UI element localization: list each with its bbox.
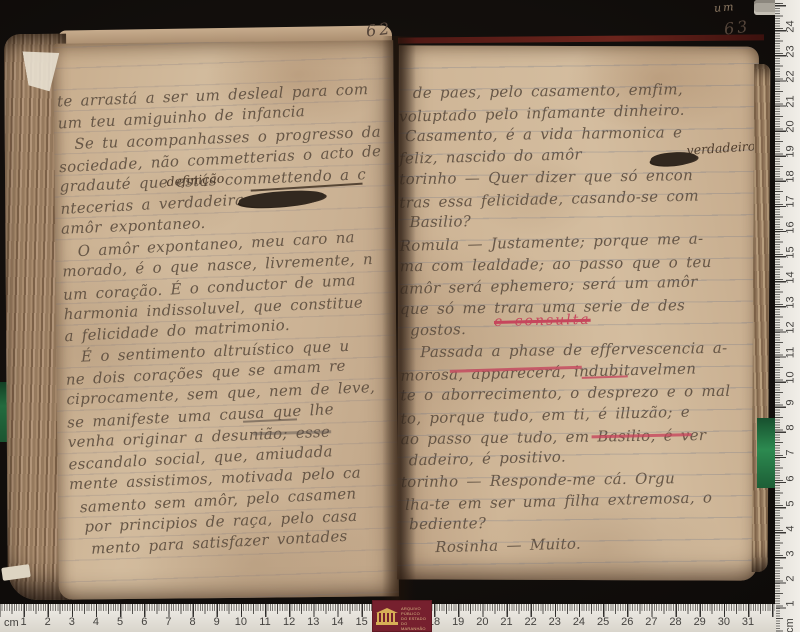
ruler-number: 29	[694, 617, 706, 628]
ruler-number: 8	[786, 420, 797, 436]
manuscript-line: Basilio?	[409, 214, 471, 230]
manuscript-line: lha-te em ser uma filha extremosa, o	[405, 491, 713, 514]
ruler-number: 12	[786, 319, 797, 335]
ruler-number: 2	[786, 570, 797, 586]
manuscript-line: voluptado pelo infamante dinheiro.	[399, 102, 685, 124]
ruler-number: 14	[786, 269, 797, 285]
ruler-number: 16	[786, 219, 797, 235]
ruler-number: 6	[141, 617, 147, 628]
ruler-number: 22	[786, 68, 797, 84]
manuscript-line: tras essa felicidade, casando-se com	[399, 188, 699, 210]
ruler-number: 22	[525, 617, 537, 628]
ruler-number: 9	[214, 617, 220, 628]
ruler-number: 7	[165, 617, 171, 628]
edge-handwriting: um	[714, 1, 736, 14]
ruler-number: 21	[786, 94, 797, 110]
vertical-ruler: cm 1234567891011121314151617181920212223…	[775, 0, 800, 632]
building-icon	[376, 608, 398, 625]
ruler-number: 26	[621, 617, 633, 628]
page-number-right: 63	[723, 18, 751, 37]
ruler-number: 17	[786, 194, 797, 210]
manuscript-line: Rosinha — Muito.	[435, 536, 581, 555]
ruler-number: 31	[742, 617, 754, 628]
manuscript-line: amôr será ephemero; será um amôr	[400, 275, 698, 297]
vertical-ruler-numbers: 123456789101112131415161718192021222324	[775, 0, 800, 632]
ruler-number: 25	[597, 617, 609, 628]
manuscript-line: torinho — Responde-me cá. Orgu	[401, 471, 675, 490]
archive-logo-plaque: ARQUIVOPÚBLICODO ESTADODO MARANHÃO	[372, 600, 432, 632]
ruler-number: 4	[786, 520, 797, 536]
ruler-number: 12	[283, 617, 295, 628]
manuscript-line: Casamento, é a vida harmonica e	[405, 125, 682, 144]
ruler-number: 13	[786, 294, 797, 310]
manuscript-line: bediente?	[409, 516, 486, 532]
manuscript-line: Passada a phase de effervescencia a-	[404, 341, 727, 361]
manuscript-line: to, porque tudo, em ti, é illuzão; e	[400, 405, 690, 427]
ruler-number: 24	[573, 617, 585, 628]
ruler-number: 13	[307, 617, 319, 628]
manuscript-line: te arrastá a ser um desleal para com	[57, 82, 369, 109]
ruler-number: 5	[786, 495, 797, 511]
ruler-number: 1	[786, 596, 797, 612]
ruler-number: 23	[786, 43, 797, 59]
ruler-number: 27	[645, 617, 657, 628]
manuscript-line: amôr expontaneo.	[61, 216, 206, 237]
ruler-number: 15	[786, 244, 797, 260]
ruler-number: 10	[786, 370, 797, 386]
ruler-number: 6	[786, 470, 797, 486]
ruler-number: 30	[718, 617, 730, 628]
ruler-number: 21	[500, 617, 512, 628]
ruler-number: 10	[235, 617, 247, 628]
manuscript-line: dadeiro, é positivo.	[409, 450, 566, 469]
ruler-number: 19	[786, 144, 797, 160]
manuscript-line: te o aborrecimento, o desprezo e o mal	[400, 384, 730, 404]
ruler-number: 3	[786, 545, 797, 561]
ruler-number: 14	[331, 617, 343, 628]
page-number-left: 62	[365, 20, 393, 39]
ruler-number: 20	[476, 617, 488, 628]
manuscript-line: ao passo que tudo, em Basilio, é ver	[401, 428, 707, 447]
ruler-number: 23	[549, 617, 561, 628]
ruler-number: 18	[786, 169, 797, 185]
ruler-number: 24	[786, 18, 797, 34]
ruler-number: 9	[786, 395, 797, 411]
ruler-number: 19	[452, 617, 464, 628]
book-page-edges-right	[752, 64, 771, 572]
ruler-number: 20	[786, 119, 797, 135]
manuscript-line: morosa, apparecerá, indubitavelmen	[400, 361, 696, 383]
logo-text-line: DO MARANHÃO	[401, 621, 431, 631]
handwritten-text-left: te arrastá a ser um desleal para comum t…	[53, 40, 399, 600]
ruler-number: 5	[117, 617, 123, 628]
ruler-number: 28	[669, 617, 681, 628]
ruler-number: 4	[93, 617, 99, 628]
red-ink-note: e consulta	[494, 313, 591, 329]
ruler-number: 1	[20, 617, 26, 628]
archive-logo-text: ARQUIVOPÚBLICODO ESTADODO MARANHÃO	[401, 606, 431, 631]
ruler-number: 7	[786, 445, 797, 461]
manuscript-line: gostos.	[410, 322, 466, 338]
manuscript-page-left: te arrastá a ser um desleal para comum t…	[53, 40, 399, 600]
manuscript-page-right: de paes, pelo casamento, emfim,voluptado…	[397, 45, 759, 580]
ruler-number: 11	[786, 345, 797, 361]
ruler-number: 2	[45, 617, 51, 628]
ruler-number: 8	[189, 617, 195, 628]
manuscript-line: ma com lealdade; ao passo que o teu	[400, 255, 712, 274]
manuscript-line: Romula — Justamente; porque me a-	[399, 232, 703, 254]
ruler-number: 15	[355, 617, 367, 628]
manuscript-line: ntecerias a verdadeira	[60, 192, 245, 216]
manuscript-line: feliz, nascido do amôr	[399, 147, 582, 166]
ruler-number: 11	[259, 617, 270, 628]
manuscript-line: de paes, pelo casamento, emfim,	[413, 82, 683, 101]
manuscript-line: torinho — Quer dizer que só encon	[399, 169, 693, 188]
book-cover-top-edge	[398, 34, 764, 43]
ruler-number: 3	[69, 617, 75, 628]
archival-manuscript-photo: um te arrastá a ser um desleal para comu…	[0, 0, 800, 632]
building-columns-icon	[377, 613, 397, 622]
